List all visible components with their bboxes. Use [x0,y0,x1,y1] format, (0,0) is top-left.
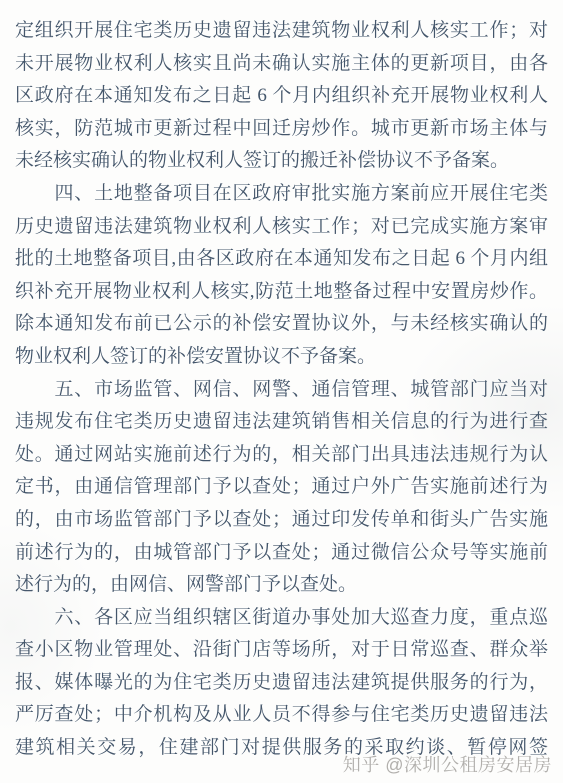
text-line: 四、土地整备项目在区政府审批实施方案前应开展住宅类 [15,178,548,211]
text-line: 严厉查处；中介机构及从业人员不得参与住宅类历史遗留违法 [15,699,548,732]
watermark: 知乎 @深圳公租房安居房 [343,751,552,777]
paragraph-continuation: 定组织开展住宅类历史遗留违法建筑物业权利人核实工作；对未开展物业权利人核实且尚未… [15,15,548,178]
text-line: 批的土地整备项目,由各区政府在本通知发布之日起 6 个月内组 [15,243,548,276]
text-line: 区政府在本通知发布之日起 6 个月内组织补充开展物业权利人 [15,80,548,113]
text-line: 前述行为的，由城管部门予以查处；通过微信公众号等实施前 [15,537,548,570]
text-line: 六、各区应当组织辖区街道办事处加大巡查力度，重点巡 [15,602,548,635]
text-line: 定书，由通信管理部门予以查处；通过户外广告实施前述行为 [15,471,548,504]
text-line: 历史遗留违法建筑物业权利人核实工作；对已完成实施方案审 [15,211,548,244]
text-line: 未开展物业权利人核实且尚未确认实施主体的更新项目，由各 [15,48,548,81]
text-line: 查小区物业管理处、沿街门店等场所，对于日常巡查、群众举 [15,634,548,667]
text-line: 定组织开展住宅类历史遗留违法建筑物业权利人核实工作；对 [15,15,548,48]
text-line: 物业权利人签订的补偿安置协议不予备案。 [15,341,548,374]
watermark-text: 知乎 @深圳公租房安居房 [343,755,552,775]
paragraph-item-4: 四、土地整备项目在区政府审批实施方案前应开展住宅类历史遗留违法建筑物业权利人核实… [15,178,548,374]
paragraph-item-5: 五、市场监管、网信、网警、通信管理、城管部门应当对违规发布住宅类历史遗留违法建筑… [15,374,548,602]
text-line: 未经核实确认的物业权利人签订的搬迁补偿协议不予备案。 [15,145,548,178]
text-line: 违规发布住宅类历史遗留违法建筑销售相关信息的行为进行查 [15,406,548,439]
paragraph-item-6: 六、各区应当组织辖区街道办事处加大巡查力度，重点巡查小区物业管理处、沿街门店等场… [15,602,548,765]
text-line: 述行为的，由网信、网警部门予以查处。 [15,569,548,602]
text-line: 织补充开展物业权利人核实,防范土地整备过程中安置房炒作。 [15,276,548,309]
text-line: 除本通知发布前已公示的补偿安置协议外，与未经核实确认的 [15,308,548,341]
scanned-document-page: 定组织开展住宅类历史遗留违法建筑物业权利人核实工作；对未开展物业权利人核实且尚未… [0,0,563,783]
text-line: 五、市场监管、网信、网警、通信管理、城管部门应当对 [15,374,548,407]
text-line: 的，由市场监管部门予以查处；通过印发传单和街头广告实施 [15,504,548,537]
document-body: 定组织开展住宅类历史遗留违法建筑物业权利人核实工作；对未开展物业权利人核实且尚未… [15,15,548,765]
text-line: 处。通过网站实施前述行为的，相关部门出具违法违规行为认 [15,439,548,472]
text-line: 报、媒体曝光的为住宅类历史遗留违法建筑提供服务的行为， [15,667,548,700]
text-line: 核实，防范城市更新过程中回迁房炒作。城市更新市场主体与 [15,113,548,146]
